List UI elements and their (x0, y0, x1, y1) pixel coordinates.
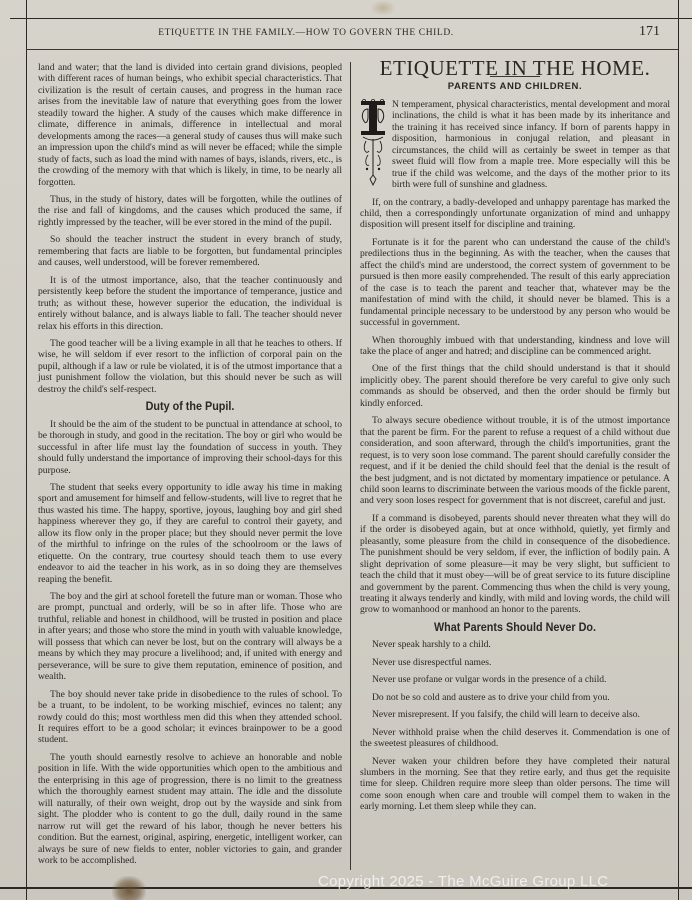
list-item: Never misrepresent. If you falsify, the … (360, 709, 670, 720)
paragraph: The student that seeks every opportunity… (38, 482, 342, 585)
paragraph: Thus, in the study of history, dates wil… (38, 194, 342, 228)
opening-paragraph: N temperament, physical characteristics,… (360, 99, 670, 191)
paragraph: N temperament, physical characteristics,… (360, 99, 670, 191)
list-item: Never speak harshly to a child. (360, 639, 670, 650)
paragraph: Fortunate is it for the parent who can u… (360, 237, 670, 329)
paragraph: When thoroughly imbued with that underst… (360, 335, 670, 358)
paragraph: One of the first things that the child s… (360, 363, 670, 409)
paragraph: The boy and the girl at school foretell … (38, 591, 342, 683)
left-column: land and water; that the land is divided… (38, 62, 342, 872)
copyright-watermark: Copyright 2025 - The McGuire Group LLC (318, 873, 608, 890)
column-divider (350, 62, 351, 870)
paragraph: To always secure obedience without troub… (360, 415, 670, 507)
paragraph: It is of the utmost importance, also, th… (38, 275, 342, 332)
paragraph: The youth should earnestly resolve to ac… (38, 752, 342, 867)
list-item: Never use disrespectful names. (360, 657, 670, 668)
page-number: 171 (639, 24, 660, 40)
right-column: ETIQUETTE IN THE HOME. PARENTS AND CHILD… (360, 62, 670, 819)
section-heading-never-do: What Parents Should Never Do. (376, 622, 655, 633)
right-border-rule (678, 0, 679, 900)
paragraph: If, on the contrary, a badly-developed a… (360, 197, 670, 231)
paper-stain (112, 876, 146, 900)
first-paragraph-text: N temperament, physical characteristics,… (392, 99, 670, 190)
list-item: Never withhold praise when the child des… (360, 727, 670, 750)
header-rule (26, 49, 678, 50)
paragraph: If a command is disobeyed, parents shoul… (360, 513, 670, 616)
section-subtitle: PARENTS AND CHILDREN. (360, 81, 670, 92)
book-page: Etiquette in the Family.—How to Govern t… (0, 0, 692, 900)
left-border-rule (26, 0, 27, 900)
paragraph: It should be the aim of the student to b… (38, 419, 342, 476)
paper-stain (370, 0, 396, 16)
paragraph: The boy should never take pride in disob… (38, 689, 342, 746)
paragraph: So should the teacher instruct the stude… (38, 234, 342, 268)
paragraph: The good teacher will be a living exampl… (38, 338, 342, 395)
chapter-title: ETIQUETTE IN THE HOME. (360, 63, 670, 74)
list-item: Never use profane or vulgar words in the… (360, 674, 670, 685)
running-title: Etiquette in the Family.—How to Govern t… (26, 28, 586, 38)
list-item: Do not be so cold and austere as to driv… (360, 692, 670, 703)
running-header: Etiquette in the Family.—How to Govern t… (26, 24, 678, 44)
top-border-rule (10, 18, 692, 19)
section-heading-duty-of-pupil: Duty of the Pupil. (53, 401, 327, 412)
list-item: Never waken your children before they ha… (360, 756, 670, 813)
paragraph: land and water; that the land is divided… (38, 62, 342, 188)
ornamental-dropcap-icon (360, 99, 386, 187)
